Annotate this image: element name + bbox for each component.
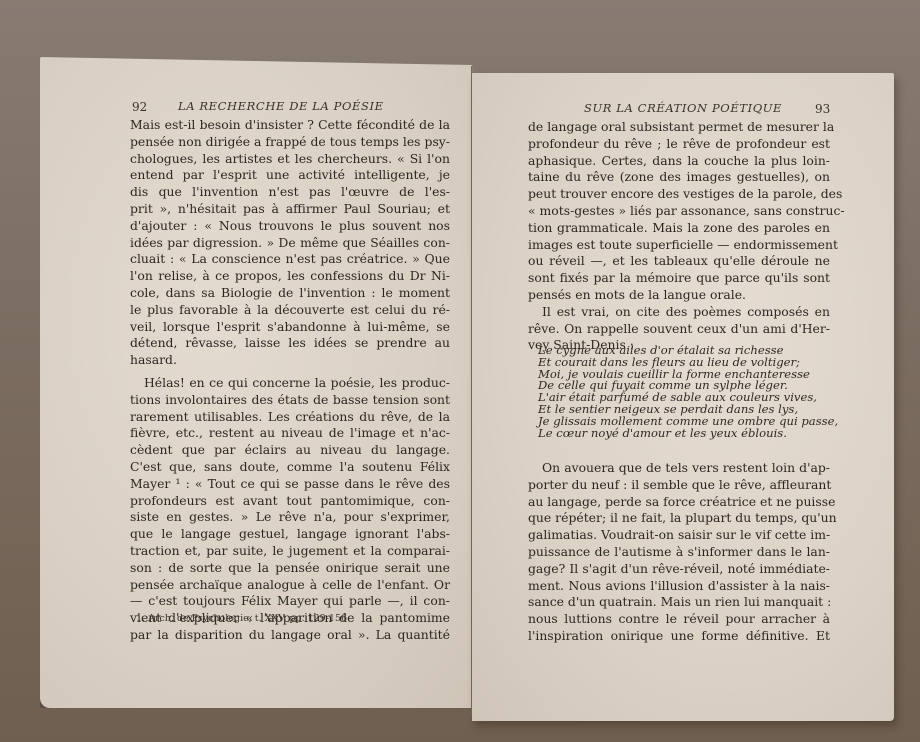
text-line: rêve. On rappelle souvent ceux d'un ami …: [528, 321, 830, 338]
text-line: au langage, perde sa force créatrice et …: [528, 494, 830, 511]
text-line: puissance de l'autisme à s'informer dans…: [528, 544, 830, 561]
text-line: siste en gestes. » Le rêve n'a, pour s'e…: [130, 509, 450, 526]
text-line: fièvre, etc., restent au niveau de l'ima…: [130, 425, 450, 442]
text-line: que le langage gestuel, langage ignorant…: [130, 526, 450, 543]
text-line: gage? Il s'agit d'un rêve-réveil, noté i…: [528, 561, 830, 578]
text-line: d'ajouter : « Nous trouvons le plus souv…: [130, 218, 450, 235]
text-line: aphasique. Certes, dans la couche la plu…: [528, 153, 830, 170]
text-line: traction et, par suite, le jugement et l…: [130, 543, 450, 560]
text-line: cluait : « La conscience n'est pas créat…: [130, 251, 450, 268]
text-line: Hélas! en ce qui concerne la poésie, les…: [130, 375, 450, 392]
running-head-right: SUR LA CRÉATION POÉTIQUE: [584, 101, 782, 115]
text-line: veil, lorsque l'esprit s'abandonne à lui…: [130, 319, 450, 336]
running-head-left: LA RECHERCHE DE LA POÉSIE: [178, 99, 384, 113]
text-line: par la disparition du langage oral ». La…: [130, 627, 450, 644]
text-line: Il est vrai, on cite des poèmes composés…: [528, 304, 830, 321]
footnote: 1. Arch. de Psychologie, t. XXV, pp. 129…: [136, 613, 350, 624]
text-line: hasard.: [130, 352, 450, 369]
text-line: Mais est-il besoin d'insister ? Cette fé…: [130, 117, 450, 134]
page-number-left: 92: [132, 100, 147, 114]
text-line: profondeur du rêve ; le rêve de profonde…: [528, 136, 830, 153]
text-line: chologues, les artistes et les chercheur…: [130, 151, 450, 168]
dream-poem: Le cygne aux ailes d'or étalait sa riche…: [538, 345, 838, 439]
page-number-right: 93: [815, 102, 830, 116]
text-line: ou réveil —, et les tableaux qu'elle dér…: [528, 253, 830, 270]
text-line: galimatias. Voudrait-on saisir sur le vi…: [528, 527, 830, 544]
text-line: pensés en mots de la langue orale.: [528, 287, 830, 304]
left-page: 92 LA RECHERCHE DE LA POÉSIE Mais est-il…: [40, 57, 472, 708]
text-line: idées par digression. » De même que Séai…: [130, 235, 450, 252]
text-line: « mots-gestes » liés par assonance, sans…: [528, 203, 830, 220]
text-line: peut trouver encore des vestiges de la p…: [528, 186, 830, 203]
text-line: nous luttions contre le réveil pour arra…: [528, 611, 830, 628]
text-line: le plus favorable à la découverte est ce…: [130, 302, 450, 319]
text-line: — c'est toujours Félix Mayer qui parle —…: [130, 593, 450, 610]
text-line: pensée archaïque analogue à celle de l'e…: [130, 577, 450, 594]
left-body-text: Mais est-il besoin d'insister ? Cette fé…: [130, 117, 450, 644]
text-line: l'on relise, à ce propos, les confession…: [130, 268, 450, 285]
right-body-text-top: de langage oral subsistant permet de mes…: [528, 119, 830, 354]
text-line: porter du neuf : il semble que le rêve, …: [528, 477, 830, 494]
text-line: pensée non dirigée a frappé de tous temp…: [130, 134, 450, 151]
text-line: tion grammaticale. Mais la zone des paro…: [528, 220, 830, 237]
text-line: profondeurs est avant tout pantomimique,…: [130, 493, 450, 510]
text-line: son : de sorte que la pensée onirique se…: [130, 560, 450, 577]
text-line: entend par l'esprit une activité intelli…: [130, 167, 450, 184]
right-body-text-bottom: On avouera que de tels vers restent loin…: [528, 460, 830, 645]
text-line: cole, dans sa Biologie de l'invention : …: [130, 285, 450, 302]
right-page: SUR LA CRÉATION POÉTIQUE 93 de langage o…: [472, 73, 894, 721]
text-line: dis que l'invention n'est pas l'œuvre de…: [130, 184, 450, 201]
text-line: On avouera que de tels vers restent loin…: [528, 460, 830, 477]
text-line: que répéter; il ne fait, la plupart du t…: [528, 510, 830, 527]
text-line: sont fixés par la mémoire que parce qu'i…: [528, 270, 830, 287]
text-line: rarement utilisables. Les créations du r…: [130, 409, 450, 426]
text-line: C'est que, sans doute, comme l'a soutenu…: [130, 459, 450, 476]
text-line: tions involontaires des états de basse t…: [130, 392, 450, 409]
text-line: cèdent que par éclairs au niveau du lang…: [130, 442, 450, 459]
text-line: taine du rêve (zone des images gestuelle…: [528, 169, 830, 186]
text-line: ment. Nous avions l'illusion d'assister …: [528, 578, 830, 595]
text-line: détend, rêvasse, laisse les idées se pre…: [130, 335, 450, 352]
text-line: prit », n'hésitait pas à affirmer Paul S…: [130, 201, 450, 218]
text-line: sance d'un quatrain. Mais un rien lui ma…: [528, 594, 830, 611]
text-line: l'inspiration onirique une forme définit…: [528, 628, 830, 645]
poem-line: Le cœur noyé d'amour et les yeux éblouis…: [538, 428, 838, 440]
text-line: images est toute superficielle — endormi…: [528, 237, 830, 254]
text-line: Mayer ¹ : « Tout ce qui se passe dans le…: [130, 476, 450, 493]
text-line: de langage oral subsistant permet de mes…: [528, 119, 830, 136]
